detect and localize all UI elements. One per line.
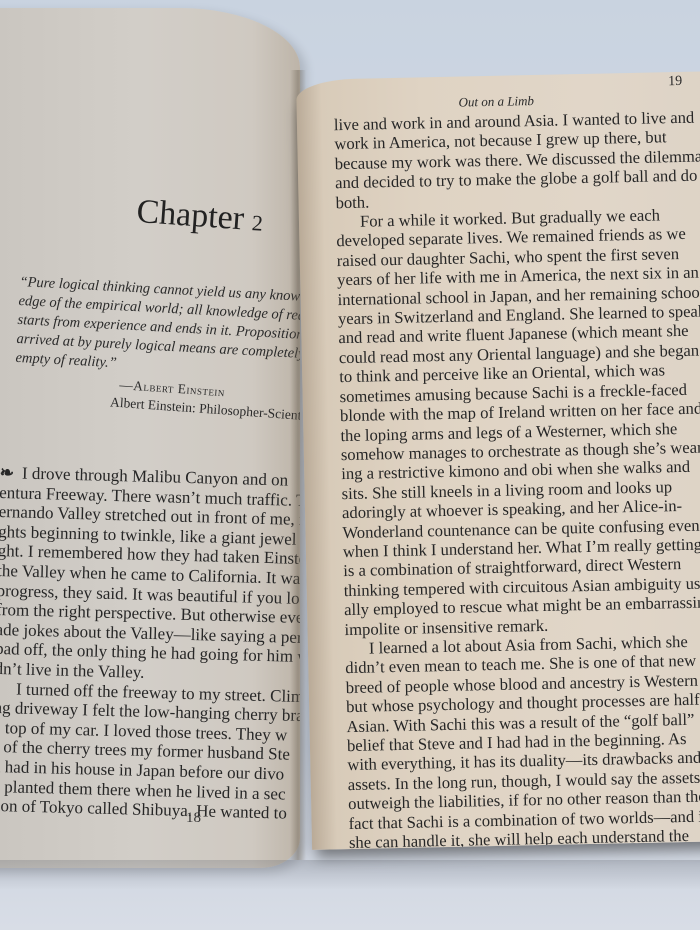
left-body-text: ❧I drove through Malibu Canyon and on en… [0, 463, 300, 824]
page-number-left: 18 [186, 810, 201, 827]
table-shadow [0, 860, 700, 890]
epigraph: “Pure logical thinking cannot yield us a… [15, 273, 300, 385]
book-photo: Chapter2 “Pure logical thinking cannot y… [0, 0, 700, 930]
chapter-heading: Chapter2 [135, 193, 264, 240]
running-head: Out on a Limb [458, 93, 534, 111]
epigraph-attribution: —Albert Einstein Albert Einstein: Philos… [117, 376, 300, 426]
right-body-text: live and work in and around Asia. I want… [334, 107, 700, 850]
chapter-label: Chapter [135, 193, 245, 237]
chapter-number: 2 [251, 210, 264, 236]
right-page: 19 Out on a Limb live and work in and ar… [296, 71, 700, 850]
page-number-right: 19 [668, 74, 682, 90]
left-page: Chapter2 “Pure logical thinking cannot y… [0, 8, 300, 868]
ornament-icon: ❧ [0, 463, 14, 482]
